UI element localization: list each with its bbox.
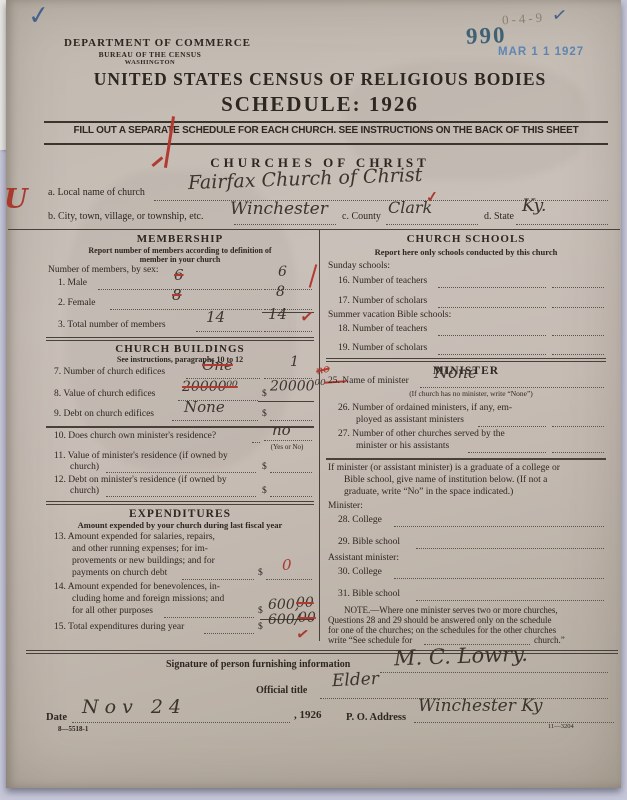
rule-line <box>46 340 314 341</box>
q14-label-line3: for all other purposes <box>72 607 153 617</box>
expenditures-subtitle: Amount expended by your church during la… <box>46 521 314 530</box>
field-d-value: Ky. <box>522 198 546 215</box>
q3-answer: 14 <box>268 307 287 322</box>
minister-note-line4b: church.” <box>534 636 565 645</box>
schools-subtitle: Report here only schools conducted by th… <box>326 248 606 257</box>
dotted-line <box>266 579 312 580</box>
q31-label: 31. Bible school <box>338 590 400 600</box>
dotted-line <box>196 331 262 332</box>
instruction-banner-text: FILL OUT A SEPARATE SCHEDULE FOR EACH CH… <box>44 126 608 137</box>
q26-label-line2: ployed as assistant ministers <box>356 416 464 426</box>
minister-group-label: Minister: <box>328 502 363 512</box>
q1-inline-value: 6 <box>174 268 184 283</box>
dotted-line <box>270 472 312 473</box>
dotted-line <box>264 289 312 290</box>
q1-answer: 6 <box>278 265 287 279</box>
q8-label: 8. Value of church edifices <box>54 390 155 400</box>
q18-label: 18. Number of teachers <box>338 325 427 335</box>
dotted-line <box>416 548 604 549</box>
q12-dollar-sign: $ <box>262 487 267 497</box>
q14-answer: 600, <box>268 598 299 612</box>
dotted-line <box>416 600 604 601</box>
q13-label-line3: provements or new buildings; and for <box>72 557 215 567</box>
membership-subtitle: member in your church <box>46 256 314 264</box>
q9-inline-value: None <box>184 400 225 415</box>
field-a-value: Fairfax Church of Christ <box>188 166 423 193</box>
q13-answer: 0 <box>282 558 292 573</box>
q7-answer: 1 <box>290 355 299 369</box>
q14-answer-cents: 00 <box>296 596 314 610</box>
q14-dollar-sign: $ <box>258 607 263 617</box>
q14-label-line1: 14. Amount expended for benevolences, in… <box>54 583 220 593</box>
dotted-line <box>106 472 256 473</box>
dotted-line <box>172 420 258 421</box>
date-value: Nov 24 <box>82 698 187 717</box>
q25-label: 25. Name of minister <box>328 377 409 387</box>
dotted-line <box>252 442 260 443</box>
q3-label: 3. Total number of members <box>58 321 166 331</box>
field-a-label: a. Local name of church <box>48 188 145 199</box>
official-title-value: Elder <box>332 671 380 690</box>
rule-line <box>8 229 620 230</box>
dotted-line <box>72 722 290 723</box>
q2-label: 2. Female <box>58 299 95 309</box>
hand-underline <box>258 401 314 402</box>
graduate-note-line2: Bible school, give name of institution b… <box>344 476 547 486</box>
dotted-line <box>516 224 608 225</box>
assistant-minister-group-label: Assistant minister: <box>328 554 399 564</box>
date-label: Date <box>46 712 67 723</box>
buildings-title: CHURCH BUILDINGS <box>46 344 314 356</box>
rule-line <box>46 504 314 505</box>
form-title: UNITED STATES CENSUS OF RELIGIOUS BODIES <box>40 70 600 88</box>
dotted-line <box>394 526 604 527</box>
field-c-label: c. County <box>342 212 381 223</box>
membership-title: MEMBERSHIP <box>46 234 314 246</box>
dotted-line <box>552 287 604 288</box>
red-slash-mark <box>309 264 318 288</box>
q3-inline-value: 14 <box>206 310 225 325</box>
po-address-value: Winchester Ky <box>418 698 542 715</box>
q26-label-line1: 26. Number of ordained ministers, if any… <box>338 404 512 414</box>
signature-label: Signature of person furnishing informati… <box>166 660 350 671</box>
membership-intro: Number of members, by sex: <box>48 266 159 276</box>
q13-dollar-sign: $ <box>258 569 263 579</box>
q16-label: 16. Number of teachers <box>338 277 427 287</box>
date-received-stamp: MAR 1 1 1927 <box>498 46 584 58</box>
q12-label-line2: church) <box>70 487 99 497</box>
q17-label: 17. Number of scholars <box>338 297 427 307</box>
q29-label: 29. Bible school <box>338 538 400 548</box>
dotted-line <box>106 496 256 497</box>
scanned-census-form: { "glyphs": {"check": "✓"}, "stamps": {"… <box>0 0 627 800</box>
dotted-line <box>182 579 254 580</box>
form-number: 8—5518-1 <box>58 726 88 733</box>
dotted-line <box>478 426 546 427</box>
margin-mark-u: U <box>4 186 28 213</box>
rule-line <box>326 458 606 460</box>
dotted-line <box>438 335 546 336</box>
q13-label-line1: 13. Amount expended for salaries, repair… <box>54 533 215 543</box>
q28-label: 28. College <box>338 516 382 526</box>
schools-title: CHURCH SCHOOLS <box>326 234 606 246</box>
dotted-line <box>552 354 604 355</box>
buildings-subtitle: See instructions, paragraphs 10 to 12 <box>46 356 314 364</box>
q27-label-line1: 27. Number of other churches served by t… <box>338 430 505 440</box>
q8-inline-value: 20000⁰⁰ <box>182 380 238 394</box>
minister-note-line4: write “See schedule for <box>328 636 412 645</box>
rule-line <box>46 337 314 338</box>
dotted-line <box>438 354 546 355</box>
form-schedule-title: SCHEDULE: 1926 <box>40 93 600 115</box>
q8-dollar-sign: $ <box>262 390 267 400</box>
q14-label-line2: cluding home and foreign missions; and <box>72 595 224 605</box>
rule-line <box>326 358 606 359</box>
q15-dollar-sign: $ <box>258 623 263 633</box>
graduate-note-line1: If minister (or assistant minister) is a… <box>328 464 560 474</box>
agency-bureau: BUREAU OF THE CENSUS <box>64 51 236 59</box>
graduate-note-line3: graduate, write “No” in the space indica… <box>344 488 513 498</box>
dotted-line <box>438 287 546 288</box>
q8-answer: 2000000 <box>270 379 326 394</box>
red-scribble-mark: no <box>315 363 331 377</box>
q27-label-line2: minister or his assistants <box>356 442 449 452</box>
q15-answer-cents: 00 <box>298 611 316 625</box>
signature-value: M. C. Lowry. <box>394 644 529 670</box>
dotted-line <box>264 331 312 332</box>
q2-inline-value: 8 <box>172 288 182 303</box>
red-checkmark-icon: ✓ <box>425 190 439 207</box>
q25-answer: None <box>434 365 477 381</box>
q11-label-line1: 11. Value of minister's residence (if ow… <box>54 452 228 462</box>
dotted-line <box>552 426 604 427</box>
blue-checkmark-icon: ✓ <box>27 1 52 30</box>
dotted-line <box>386 224 478 225</box>
dotted-line <box>414 722 614 723</box>
rule-line <box>326 361 606 362</box>
dotted-line <box>552 307 604 308</box>
received-number-stamp: 990 <box>466 23 507 49</box>
q13-label-line2: and other running expenses; for im- <box>72 545 208 555</box>
q9-label: 9. Debt on church edifices <box>54 410 154 420</box>
dotted-line <box>394 578 604 579</box>
schools-group-summer: Summer vacation Bible schools: <box>328 311 451 321</box>
field-b-value: Winchester <box>230 201 328 218</box>
column-divider <box>319 229 320 641</box>
dotted-line <box>420 387 604 388</box>
agency-name: DEPARTMENT OF COMMERCE <box>64 38 251 50</box>
field-b-label: b. City, town, village, or township, etc… <box>48 212 203 223</box>
q10-note: (Yes or No) <box>258 444 316 451</box>
dotted-line <box>552 335 604 336</box>
official-title-label: Official title <box>256 686 307 697</box>
date-year: , 1926 <box>294 710 322 722</box>
rule-line <box>46 501 314 502</box>
q10-answer: no <box>272 423 291 438</box>
pencil-annotation: 0-4-9 <box>502 11 546 28</box>
q12-label-line1: 12. Debt on minister's residence (if own… <box>54 476 227 486</box>
expenditures-title: EXPENDITURES <box>46 508 314 520</box>
q9-dollar-sign: $ <box>262 410 267 420</box>
q2-answer: 8 <box>276 285 285 299</box>
dotted-line <box>552 452 604 453</box>
q8-answer-main: 20000 <box>270 379 315 395</box>
q25-note: (If church has no minister, write “None”… <box>336 390 606 398</box>
dotted-line <box>164 617 254 618</box>
dotted-line <box>264 440 312 441</box>
rule-line <box>26 650 618 651</box>
q30-label: 30. College <box>338 568 382 578</box>
q10-label: 10. Does church own minister's residence… <box>54 432 216 442</box>
rule-line <box>26 653 618 654</box>
red-checkmark-icon: ✓ <box>295 627 311 645</box>
red-checkmark-icon: ✓ <box>299 309 315 327</box>
dotted-line <box>204 633 254 634</box>
q15-label: 15. Total expenditures during year <box>54 623 184 633</box>
q13-label-line4: payments on church debt <box>72 569 167 579</box>
agency-city: WASHINGTON <box>64 60 236 67</box>
schools-group-sunday: Sunday schools: <box>328 262 390 272</box>
dotted-line <box>380 672 608 673</box>
form-number-right: 11—3204 <box>548 724 574 731</box>
q11-dollar-sign: $ <box>262 463 267 473</box>
dotted-line <box>234 224 336 225</box>
q7-label: 7. Number of church edifices <box>54 368 165 378</box>
dotted-line <box>110 309 262 310</box>
blue-checkmark-icon: ✓ <box>551 5 569 26</box>
po-address-label: P. O. Address <box>346 712 406 723</box>
q15-answer: 600/ <box>268 613 299 627</box>
q11-label-line2: church) <box>70 463 99 473</box>
dotted-line <box>438 307 546 308</box>
dotted-line <box>270 496 312 497</box>
q1-label: 1. Male <box>58 279 87 289</box>
dotted-line <box>468 452 546 453</box>
field-d-label: d. State <box>484 212 514 223</box>
q19-label: 19. Number of scholars <box>338 344 427 354</box>
q7-inline-value: One <box>202 358 233 373</box>
form-paper: ✓ 990 0-4-9 ✓ MAR 1 1 1927 DEPARTMENT OF… <box>6 0 621 788</box>
